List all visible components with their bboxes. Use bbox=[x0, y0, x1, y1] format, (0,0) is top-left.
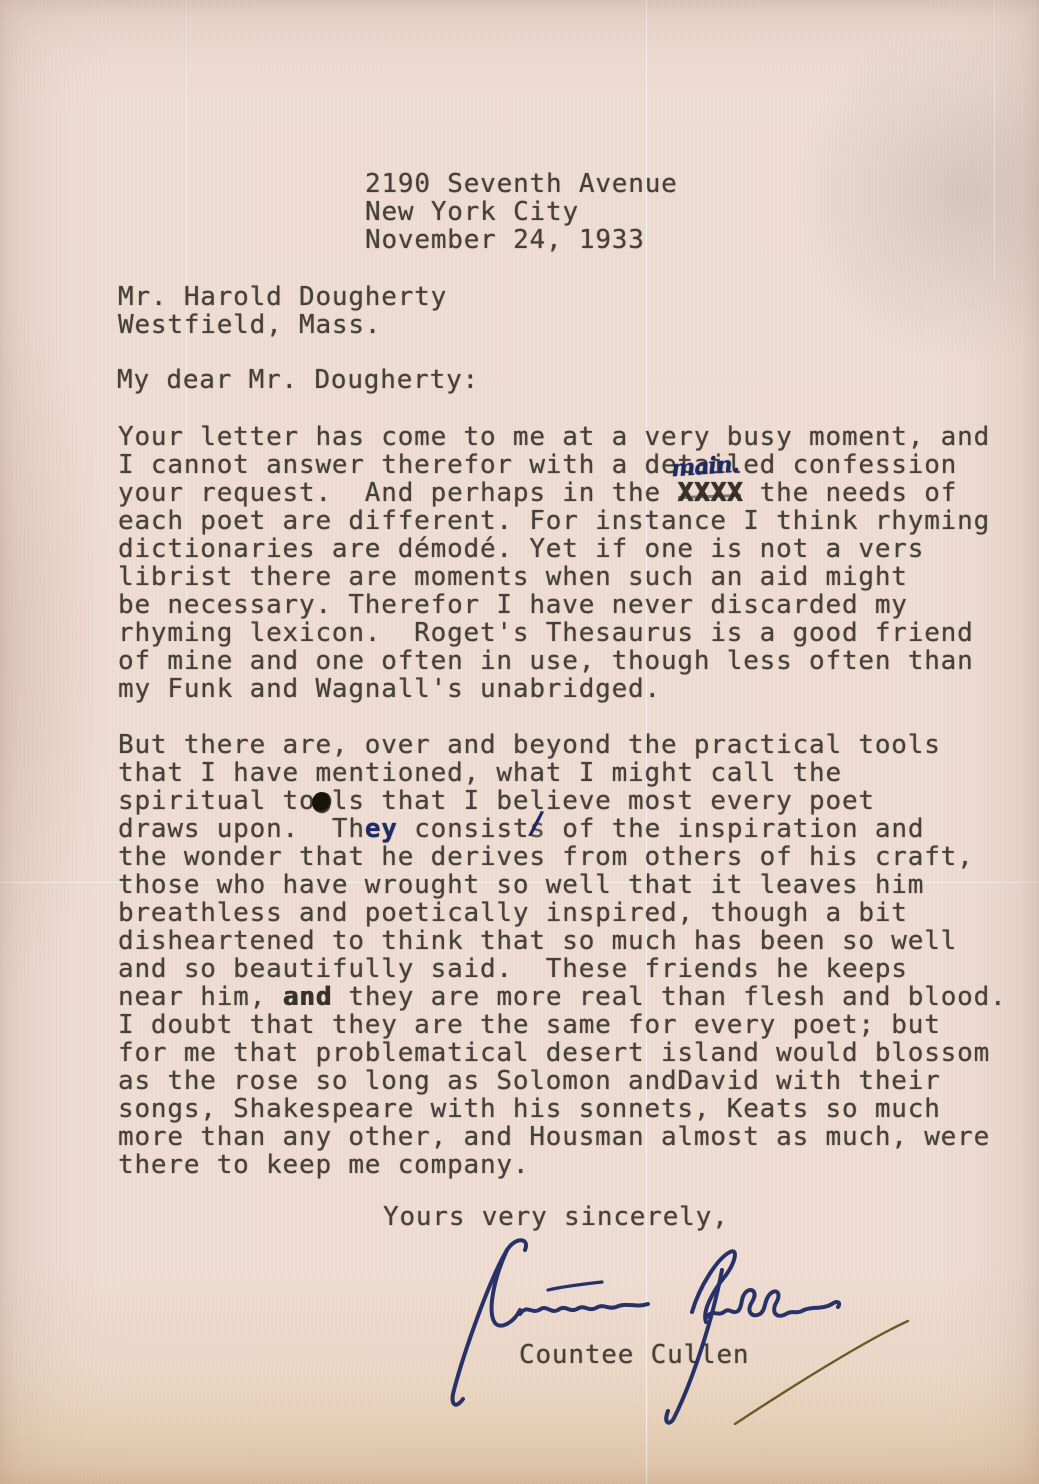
letter-line: those who have wrought so well that it l… bbox=[118, 871, 1007, 899]
letter-line: spiritual tools that I believe most ever… bbox=[118, 787, 1007, 815]
aging-stain-left bbox=[0, 300, 120, 1000]
letter-line: breathless and poetically inspired, thou… bbox=[118, 899, 1007, 927]
text-segment: of the inspiration and bbox=[546, 814, 924, 844]
ink-overwrite: ey bbox=[365, 814, 398, 844]
slashed-letter: s bbox=[529, 814, 545, 844]
aging-smudge-top-right bbox=[779, 40, 1039, 380]
text-segment: consist bbox=[398, 814, 530, 844]
letter-line: there to keep me company. bbox=[118, 1151, 1007, 1179]
letter-line: 2190 Seventh Avenue bbox=[365, 170, 678, 198]
recipient-block: Mr. Harold DoughertyWestfield, Mass. bbox=[118, 283, 447, 339]
letter-line: But there are, over and beyond the pract… bbox=[118, 731, 1007, 759]
letter-line: songs, Shakespeare with his sonnets, Kea… bbox=[118, 1095, 1007, 1123]
paragraph-1: Your letter has come to me at a very bus… bbox=[118, 423, 990, 703]
letter-line: I cannot answer therefor with a detailed… bbox=[118, 451, 990, 479]
letter-line: November 24, 1933 bbox=[365, 226, 678, 254]
fold-crease-vertical-right bbox=[993, 0, 996, 280]
letter-line: each poet are different. For instance I … bbox=[118, 507, 990, 535]
letter-line: your request. And perhaps in the XXXXmai… bbox=[118, 479, 990, 507]
letter-line: that I have mentioned, what I might call… bbox=[118, 759, 1007, 787]
text-segment: they are more real than flesh and blood. bbox=[332, 982, 1007, 1012]
letter-page: 2190 Seventh AvenueNew York CityNovember… bbox=[0, 0, 1039, 1484]
letter-line: dictionaries are démodé. Yet if one is n… bbox=[118, 535, 990, 563]
text-segment: draws upon. Th bbox=[118, 814, 365, 844]
text-segment: near him, bbox=[118, 982, 283, 1012]
overtyped-word: and bbox=[283, 982, 332, 1012]
letter-line: of mine and one often in use, though les… bbox=[118, 647, 990, 675]
salutation: My dear Mr. Dougherty: bbox=[117, 366, 479, 394]
letter-line: disheartened to think that so much has b… bbox=[118, 927, 1007, 955]
text-segment: your request. And perhaps in the bbox=[118, 478, 677, 508]
letter-line: Your letter has come to me at a very bus… bbox=[118, 423, 990, 451]
closing: Yours very sincerely, bbox=[383, 1203, 729, 1231]
text-segment: the needs of bbox=[743, 478, 957, 508]
letter-line: and so beautifully said. These friends h… bbox=[118, 955, 1007, 983]
letter-line: more than any other, and Housman almost … bbox=[118, 1123, 1007, 1151]
letter-line: be necessary. Therefor I have never disc… bbox=[118, 591, 990, 619]
letter-line: I doubt that they are the same for every… bbox=[118, 1011, 1007, 1039]
paragraph-2: But there are, over and beyond the pract… bbox=[118, 731, 1007, 1179]
letter-line: near him, and they are more real than fl… bbox=[118, 983, 1007, 1011]
letter-line: as the rose so long as Solomon andDavid … bbox=[118, 1067, 1007, 1095]
letter-line: Westfield, Mass. bbox=[118, 311, 447, 339]
handwritten-note: main. bbox=[671, 454, 740, 481]
pen-scratch-line bbox=[735, 1321, 908, 1424]
signature-autograph bbox=[430, 1230, 930, 1475]
letter-line: rhyming lexicon. Roget's Thesaurus is a … bbox=[118, 619, 990, 647]
letter-line: Mr. Harold Dougherty bbox=[118, 283, 447, 311]
letter-line: librist there are moments when such an a… bbox=[118, 563, 990, 591]
letter-line: draws upon. They consists of the inspira… bbox=[118, 815, 1007, 843]
letter-line: for me that problematical desert island … bbox=[118, 1039, 1007, 1067]
letter-line: my Funk and Wagnall's unabridged. bbox=[118, 675, 990, 703]
letter-line: the wonder that he derives from others o… bbox=[118, 843, 1007, 871]
struck-word: XXXXmain. bbox=[677, 478, 743, 508]
sender-address-block: 2190 Seventh AvenueNew York CityNovember… bbox=[365, 170, 678, 254]
letter-line: New York City bbox=[365, 198, 678, 226]
